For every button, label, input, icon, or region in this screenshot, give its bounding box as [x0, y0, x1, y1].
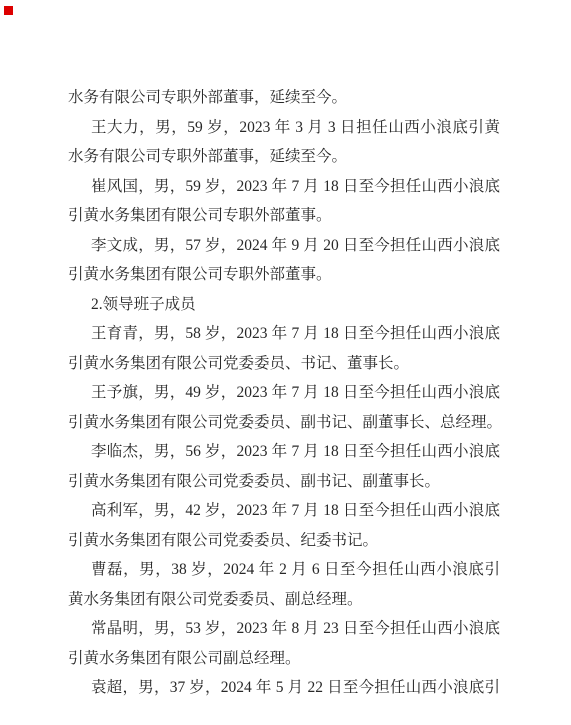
text-line: 黄水务集团有限公司党委委员、副总经理。 [68, 585, 500, 615]
text-line: 王予旗，男，49 岁，2023 年 7 月 18 日至今担任山西小浪底 [68, 378, 500, 408]
text-line: 引黄水务集团有限公司党委委员、书记、董事长。 [68, 349, 500, 379]
text-line: 引黄水务集团有限公司专职外部董事。 [68, 260, 500, 290]
text-line: 引黄水务集团有限公司专职外部董事。 [68, 201, 500, 231]
document-text-body: 水务有限公司专职外部董事，延续至今。 王大力，男，59 岁，2023 年 3 月… [68, 83, 500, 703]
text-line: 曹磊，男，38 岁，2024 年 2 月 6 日至今担任山西小浪底引 [68, 555, 500, 585]
document-page: 水务有限公司专职外部董事，延续至今。 王大力，男，59 岁，2023 年 3 月… [0, 0, 571, 725]
text-line: 水务有限公司专职外部董事，延续至今。 [68, 83, 500, 113]
text-line: 引黄水务集团有限公司党委委员、副书记、副董事长、总经理。 [68, 408, 500, 438]
text-line: 水务有限公司专职外部董事，延续至今。 [68, 142, 500, 172]
red-square-marker [4, 6, 13, 15]
text-line: 李临杰，男，56 岁，2023 年 7 月 18 日至今担任山西小浪底 [68, 437, 500, 467]
text-line: 王大力，男，59 岁，2023 年 3 月 3 日担任山西小浪底引黄 [68, 113, 500, 143]
text-line: 高利军，男，42 岁，2023 年 7 月 18 日至今担任山西小浪底 [68, 496, 500, 526]
text-line: 常晶明，男，53 岁，2023 年 8 月 23 日至今担任山西小浪底 [68, 614, 500, 644]
text-line: 袁超，男，37 岁，2024 年 5 月 22 日至今担任山西小浪底引 [68, 673, 500, 703]
text-line: 李文成，男，57 岁，2024 年 9 月 20 日至今担任山西小浪底 [68, 231, 500, 261]
text-line: 引黄水务集团有限公司党委委员、纪委书记。 [68, 526, 500, 556]
text-line: 引黄水务集团有限公司党委委员、副书记、副董事长。 [68, 467, 500, 497]
text-line: 王育青，男，58 岁，2023 年 7 月 18 日至今担任山西小浪底 [68, 319, 500, 349]
section-heading-leadership: 2.领导班子成员 [68, 290, 500, 320]
text-line: 崔风国，男，59 岁，2023 年 7 月 18 日至今担任山西小浪底 [68, 172, 500, 202]
text-line: 引黄水务集团有限公司副总经理。 [68, 644, 500, 674]
